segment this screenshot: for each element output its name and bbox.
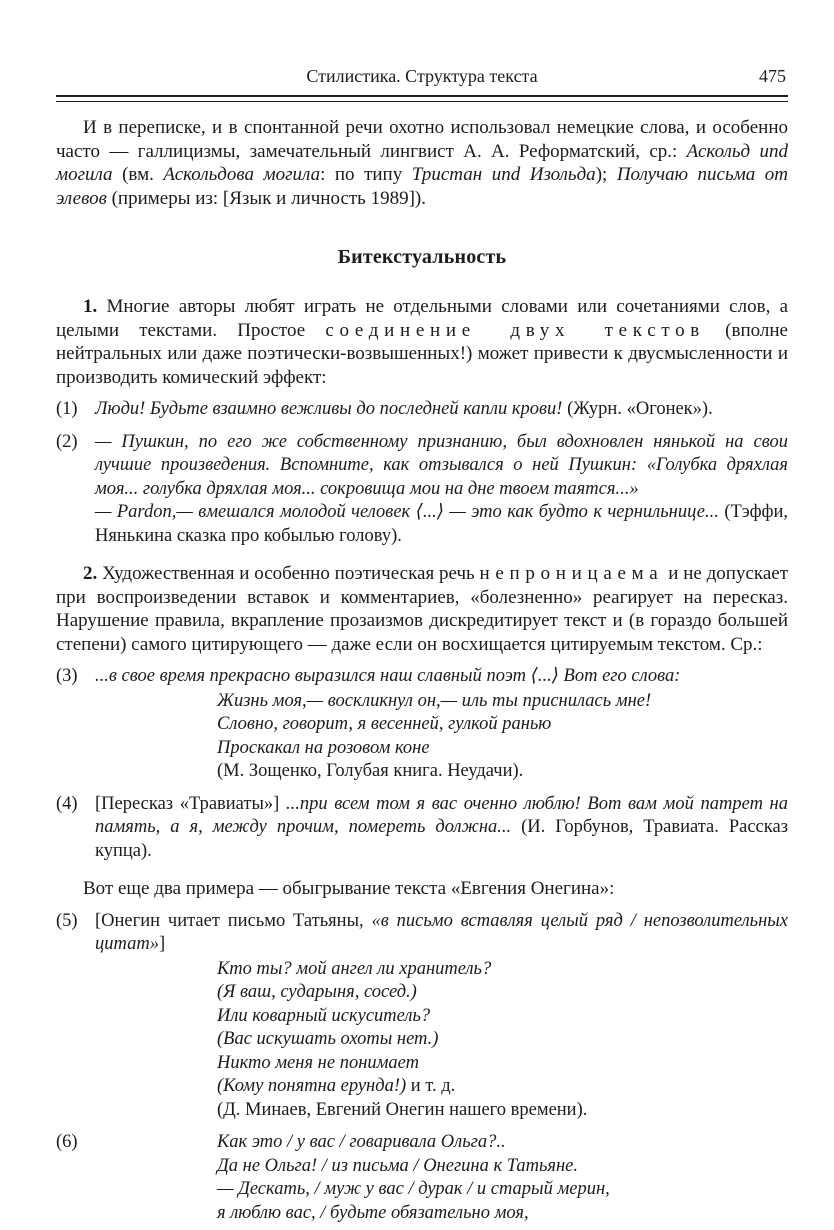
text-run: : по типу: [320, 164, 412, 185]
verse-block: Как это / у вас / говаривала Ольга?.. Да…: [217, 1131, 788, 1225]
example-text: Люди! Будьте взаимно вежливы до последне…: [95, 398, 788, 422]
example-4: (4) [Пересказ «Травиаты»] ...при всем то…: [56, 793, 788, 864]
verse-line: Никто меня не понимает: [217, 1052, 788, 1076]
verse-line: (Кому понятна ерунда!) и т. д.: [217, 1075, 788, 1099]
page-number: 475: [759, 64, 786, 88]
example-text: — Пушкин, по его же собственному признан…: [95, 431, 788, 502]
verse-block: Жизнь моя,— воскликнул он,— иль ты присн…: [217, 690, 788, 784]
text-run-italic: Аскольдова могила: [163, 164, 320, 185]
text-run-italic: Тристан und Изольда: [412, 164, 596, 185]
example-text: ...в свое время прекрасно выразился наш …: [95, 665, 788, 689]
verse-block: Кто ты? мой ангел ли хранитель? (Я ваш, …: [217, 958, 788, 1123]
book-page: Стилистика. Структура текста 475 И в пер…: [0, 0, 834, 1225]
intro-paragraph: И в переписке, и в спонтанной речи охотн…: [56, 116, 788, 210]
example-1: (1) Люди! Будьте взаимно вежливы до посл…: [56, 398, 788, 422]
example-text: [Пересказ «Травиаты»] ...при всем том я …: [95, 793, 788, 864]
header-rule: [56, 95, 788, 102]
example-label: (4): [56, 793, 78, 817]
text-run-italic: (Кому понятна ерунда!): [217, 1076, 406, 1096]
example-text: — Pardon,— вмешался молодой человек ⟨...…: [95, 501, 788, 548]
text-run-italic: — Пушкин, по его же собственному признан…: [95, 432, 788, 499]
text-run: (примеры из: [Язык и личность 1989]).: [107, 188, 426, 209]
page-header: Стилистика. Структура текста 475: [56, 64, 788, 88]
example-2: (2) — Пушкин, по его же собственному при…: [56, 431, 788, 549]
paragraph-number: 2.: [83, 563, 97, 584]
verse-line: Кто ты? мой ангел ли хранитель?: [217, 958, 788, 982]
verse-line: Как это / у вас / говаривала Ольга?..: [217, 1131, 788, 1155]
text-run: (Журн. «Огонек»).: [562, 399, 712, 419]
text-run: );: [596, 164, 617, 185]
text-run-italic: — Pardon,— вмешался молодой человек ⟨...…: [95, 502, 724, 522]
verse-attribution: (М. Зощенко, Голубая книга. Неудачи).: [217, 760, 788, 784]
text-run: Художественная и особенно поэтическая ре…: [97, 563, 479, 584]
verse-line: (Вас искушать охоты нет.): [217, 1028, 788, 1052]
text-run: (вм.: [113, 164, 164, 185]
emphasized-spaced-text: непроницаема: [480, 563, 664, 584]
example-text: [Онегин читает письмо Татьяны, «в письмо…: [95, 910, 788, 957]
text-run-italic: ...в свое время прекрасно выразился наш …: [95, 666, 680, 686]
section-heading: Битекстуальность: [56, 246, 788, 269]
running-title: Стилистика. Структура текста: [56, 64, 788, 88]
paragraph-3: Вот еще два примера — обыгрывание текста…: [56, 877, 788, 901]
paragraph-number: 1.: [83, 296, 97, 317]
verse-line: Жизнь моя,— воскликнул он,— иль ты присн…: [217, 690, 788, 714]
verse-attribution: (Д. Минаев, Евгений Онегин нашего времен…: [217, 1099, 788, 1123]
verse-line: Или коварный искуситель?: [217, 1005, 788, 1029]
example-label: (6): [56, 1131, 78, 1155]
text-run: ]: [159, 934, 165, 954]
emphasized-spaced-text: соединение двух текстов: [325, 320, 705, 341]
example-6: (6) Как это / у вас / говаривала Ольга?.…: [56, 1131, 788, 1225]
example-label: (3): [56, 665, 78, 689]
example-3: (3) ...в свое время прекрасно выразился …: [56, 665, 788, 784]
verse-line: Словно, говорит, я весенней, гулкой рань…: [217, 713, 788, 737]
example-5: (5) [Онегин читает письмо Татьяны, «в пи…: [56, 910, 788, 1123]
paragraph-1: 1. Многие авторы любят играть не отдельн…: [56, 295, 788, 389]
verse-line: (Я ваш, сударыня, сосед.): [217, 981, 788, 1005]
text-run: И в переписке, и в спонтанной речи охотн…: [56, 117, 788, 162]
paragraph-2: 2. Художественная и особенно поэтическая…: [56, 562, 788, 656]
verse-line: Проскакал на розовом коне: [217, 737, 788, 761]
text-run: [Онегин читает письмо Татьяны,: [95, 911, 372, 931]
verse-line: Да не Ольга! / из письма / Онегина к Тат…: [217, 1155, 788, 1179]
verse-line: — Дескать, / муж у вас / дурак / и стары…: [217, 1178, 788, 1202]
example-label: (5): [56, 910, 78, 934]
text-run-italic: Люди! Будьте взаимно вежливы до последне…: [95, 399, 562, 419]
text-run: [Пересказ «Травиаты»]: [95, 794, 286, 814]
example-label: (1): [56, 398, 78, 422]
example-label: (2): [56, 431, 78, 455]
verse-line: я люблю вас, / будьте обязательно моя,: [217, 1202, 788, 1226]
text-run: и т. д.: [406, 1076, 455, 1096]
